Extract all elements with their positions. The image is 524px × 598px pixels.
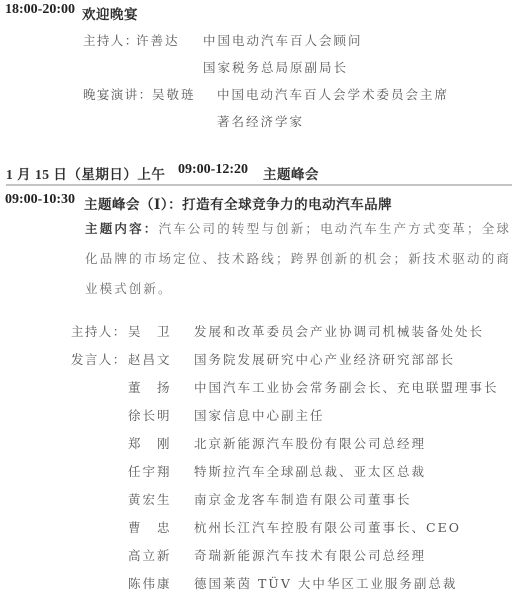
- session-host-role: 主持人：: [71, 322, 127, 340]
- speaker-title: 国务院发展研究中心产业经济研究部部长: [194, 350, 455, 368]
- dinner-title: 欢迎晚宴: [82, 3, 138, 23]
- speaker-title: 北京新能源汽车股份有限公司总经理: [194, 434, 426, 452]
- dinner-host-name: 许善达: [136, 31, 180, 49]
- dinner-time: 18:00-20:00: [5, 2, 75, 18]
- session-host-title: 发展和改革委员会产业协调司机械装备处处长: [194, 322, 484, 340]
- day-date: 1 月 15 日（星期日）上午: [6, 163, 165, 183]
- day-title: 主题峰会: [263, 163, 319, 183]
- speaker-name: 董 扬: [128, 378, 172, 396]
- session-host-name: 吴 卫: [128, 322, 172, 340]
- day-time: 09:00-12:20: [178, 162, 248, 178]
- speaker-name: 任宇翔: [128, 462, 172, 480]
- speaker-title: 德国莱茵 TÜV 大中华区工业服务副总裁: [194, 574, 457, 592]
- speaker-title: 中国汽车工业协会常务副会长、充电联盟理事长: [194, 378, 499, 396]
- speaker-title: 特斯拉汽车全球副总裁、亚太区总裁: [194, 462, 426, 480]
- dinner-speech-name: 吴敬琏: [152, 85, 196, 103]
- speaker-name: 黄宏生: [128, 490, 172, 508]
- speakers-role: 发言人：: [71, 350, 127, 368]
- dinner-host-title-1: 中国电动汽车百人会顾问: [203, 31, 363, 49]
- dinner-speech-title-2: 著名经济学家: [217, 112, 304, 130]
- dinner-host-title-2: 国家税务总局原副局长: [203, 58, 348, 76]
- speaker-name: 郑 刚: [128, 434, 172, 452]
- speaker-name: 曹 忠: [128, 518, 172, 536]
- dinner-host-role: 主持人：: [83, 31, 139, 49]
- session-title: 主题峰会（Ⅰ）：打造有全球竞争力的电动汽车品牌: [84, 193, 392, 213]
- speaker-title: 国家信息中心副主任: [194, 406, 325, 424]
- section-divider: [6, 184, 512, 186]
- speaker-name: 赵昌文: [128, 350, 172, 368]
- speaker-name: 徐长明: [128, 406, 172, 424]
- dinner-speech-role: 晚宴演讲：: [83, 85, 153, 103]
- dinner-speech-title-1: 中国电动汽车百人会学术委员会主席: [217, 85, 449, 103]
- speaker-name: 陈伟康: [128, 574, 172, 592]
- speaker-title: 杭州长江汽车控股有限公司董事长、CEO: [194, 518, 461, 536]
- topic-label: 主题内容：: [85, 221, 158, 236]
- speaker-title: 奇瑞新能源汽车技术有限公司总经理: [194, 546, 426, 564]
- speaker-title: 南京金龙客车制造有限公司董事长: [194, 490, 412, 508]
- session-time: 09:00-10:30: [5, 192, 75, 208]
- speaker-name: 高立新: [128, 546, 172, 564]
- topic-paragraph: 主题内容：汽车公司的转型与创新；电动汽车生产方式变革；全球化品牌的市场定位、技术…: [85, 214, 511, 304]
